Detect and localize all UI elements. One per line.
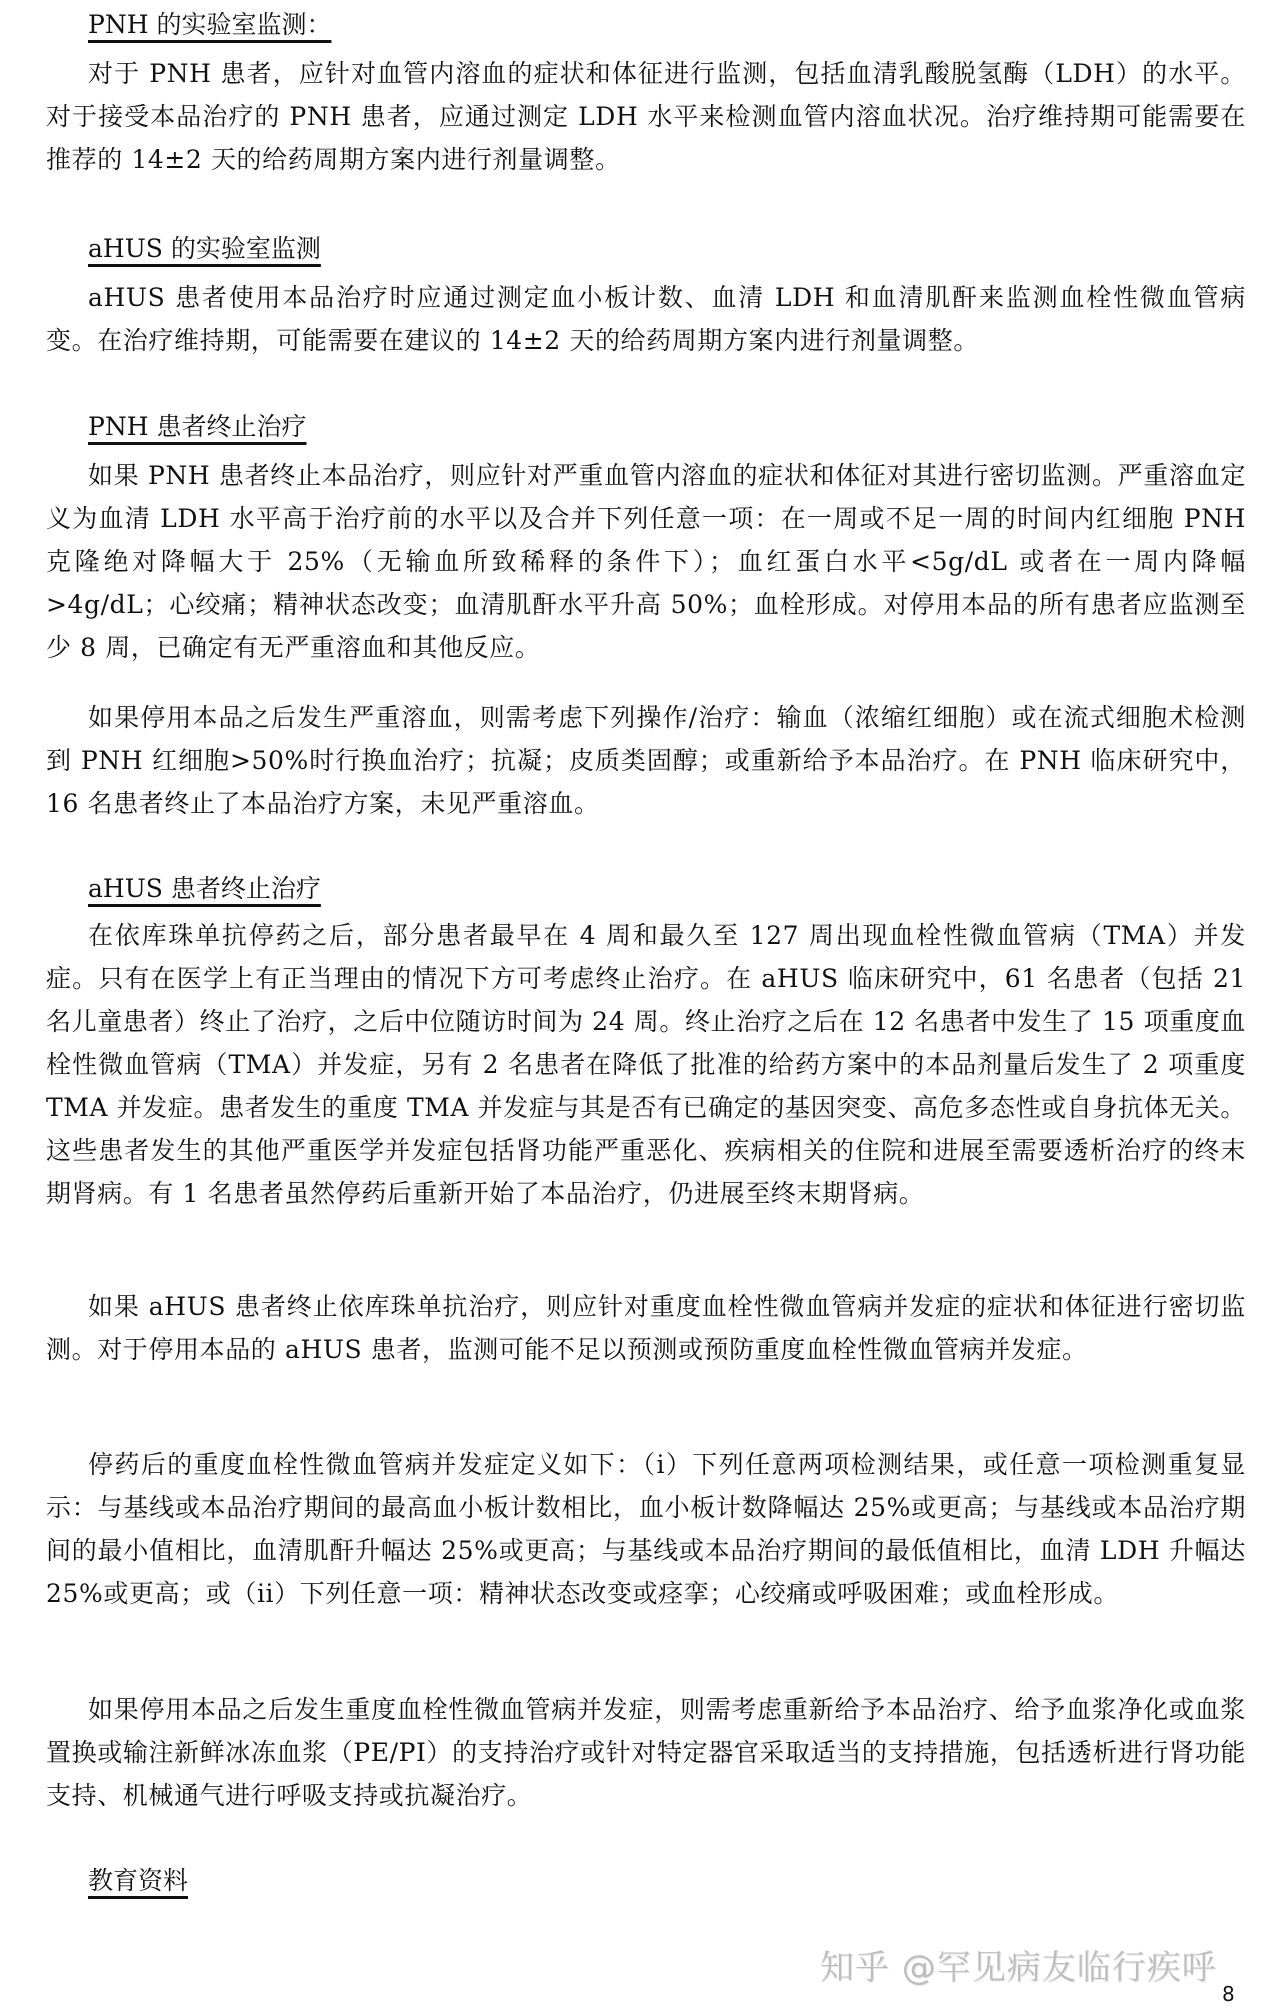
paragraph-ahus-discontinuation-1: 在依库珠单抗停药之后，部分患者最早在 4 周和最久至 127 周出现血栓性微血管… xyxy=(46,914,1246,1215)
paragraph-ahus-discontinuation-3: 停药后的重度血栓性微血管病并发症定义如下：（i）下列任意两项检测结果，或任意一项… xyxy=(46,1443,1246,1615)
paragraph-pnh-discontinuation-2: 如果停用本品之后发生严重溶血，则需考虑下列操作/治疗：输血（浓缩红细胞）或在流式… xyxy=(46,696,1246,825)
paragraph-ahus-discontinuation-4: 如果停用本品之后发生重度血栓性微血管病并发症，则需考虑重新给予本品治疗、给予血浆… xyxy=(46,1688,1246,1817)
section-heading-pnh-discontinuation: PNH 患者终止治疗 xyxy=(88,412,306,442)
section-heading-pnh-lab-monitoring: PNH 的实验室监测： xyxy=(88,10,331,40)
section-heading-education-materials: 教育资料 xyxy=(88,1866,188,1896)
paragraph-pnh-discontinuation-1: 如果 PNH 患者终止本品治疗，则应针对严重血管内溶血的症状和体征对其进行密切监… xyxy=(46,454,1246,669)
section-heading-ahus-lab-monitoring: aHUS 的实验室监测 xyxy=(88,234,321,264)
section-heading-ahus-discontinuation: aHUS 患者终止治疗 xyxy=(88,874,321,904)
paragraph-ahus-lab-monitoring: aHUS 患者使用本品治疗时应通过测定血小板计数、血清 LDH 和血清肌酐来监测… xyxy=(46,276,1246,362)
page-number: 8 xyxy=(1222,1982,1235,2006)
paragraph-pnh-lab-monitoring: 对于 PNH 患者，应针对血管内溶血的症状和体征进行监测，包括血清乳酸脱氢酶（L… xyxy=(46,52,1246,181)
zhihu-watermark: 知乎 @罕见病友临行疾呼 xyxy=(820,1940,1217,1989)
paragraph-ahus-discontinuation-2: 如果 aHUS 患者终止依库珠单抗治疗，则应针对重度血栓性微血管病并发症的症状和… xyxy=(46,1285,1246,1371)
